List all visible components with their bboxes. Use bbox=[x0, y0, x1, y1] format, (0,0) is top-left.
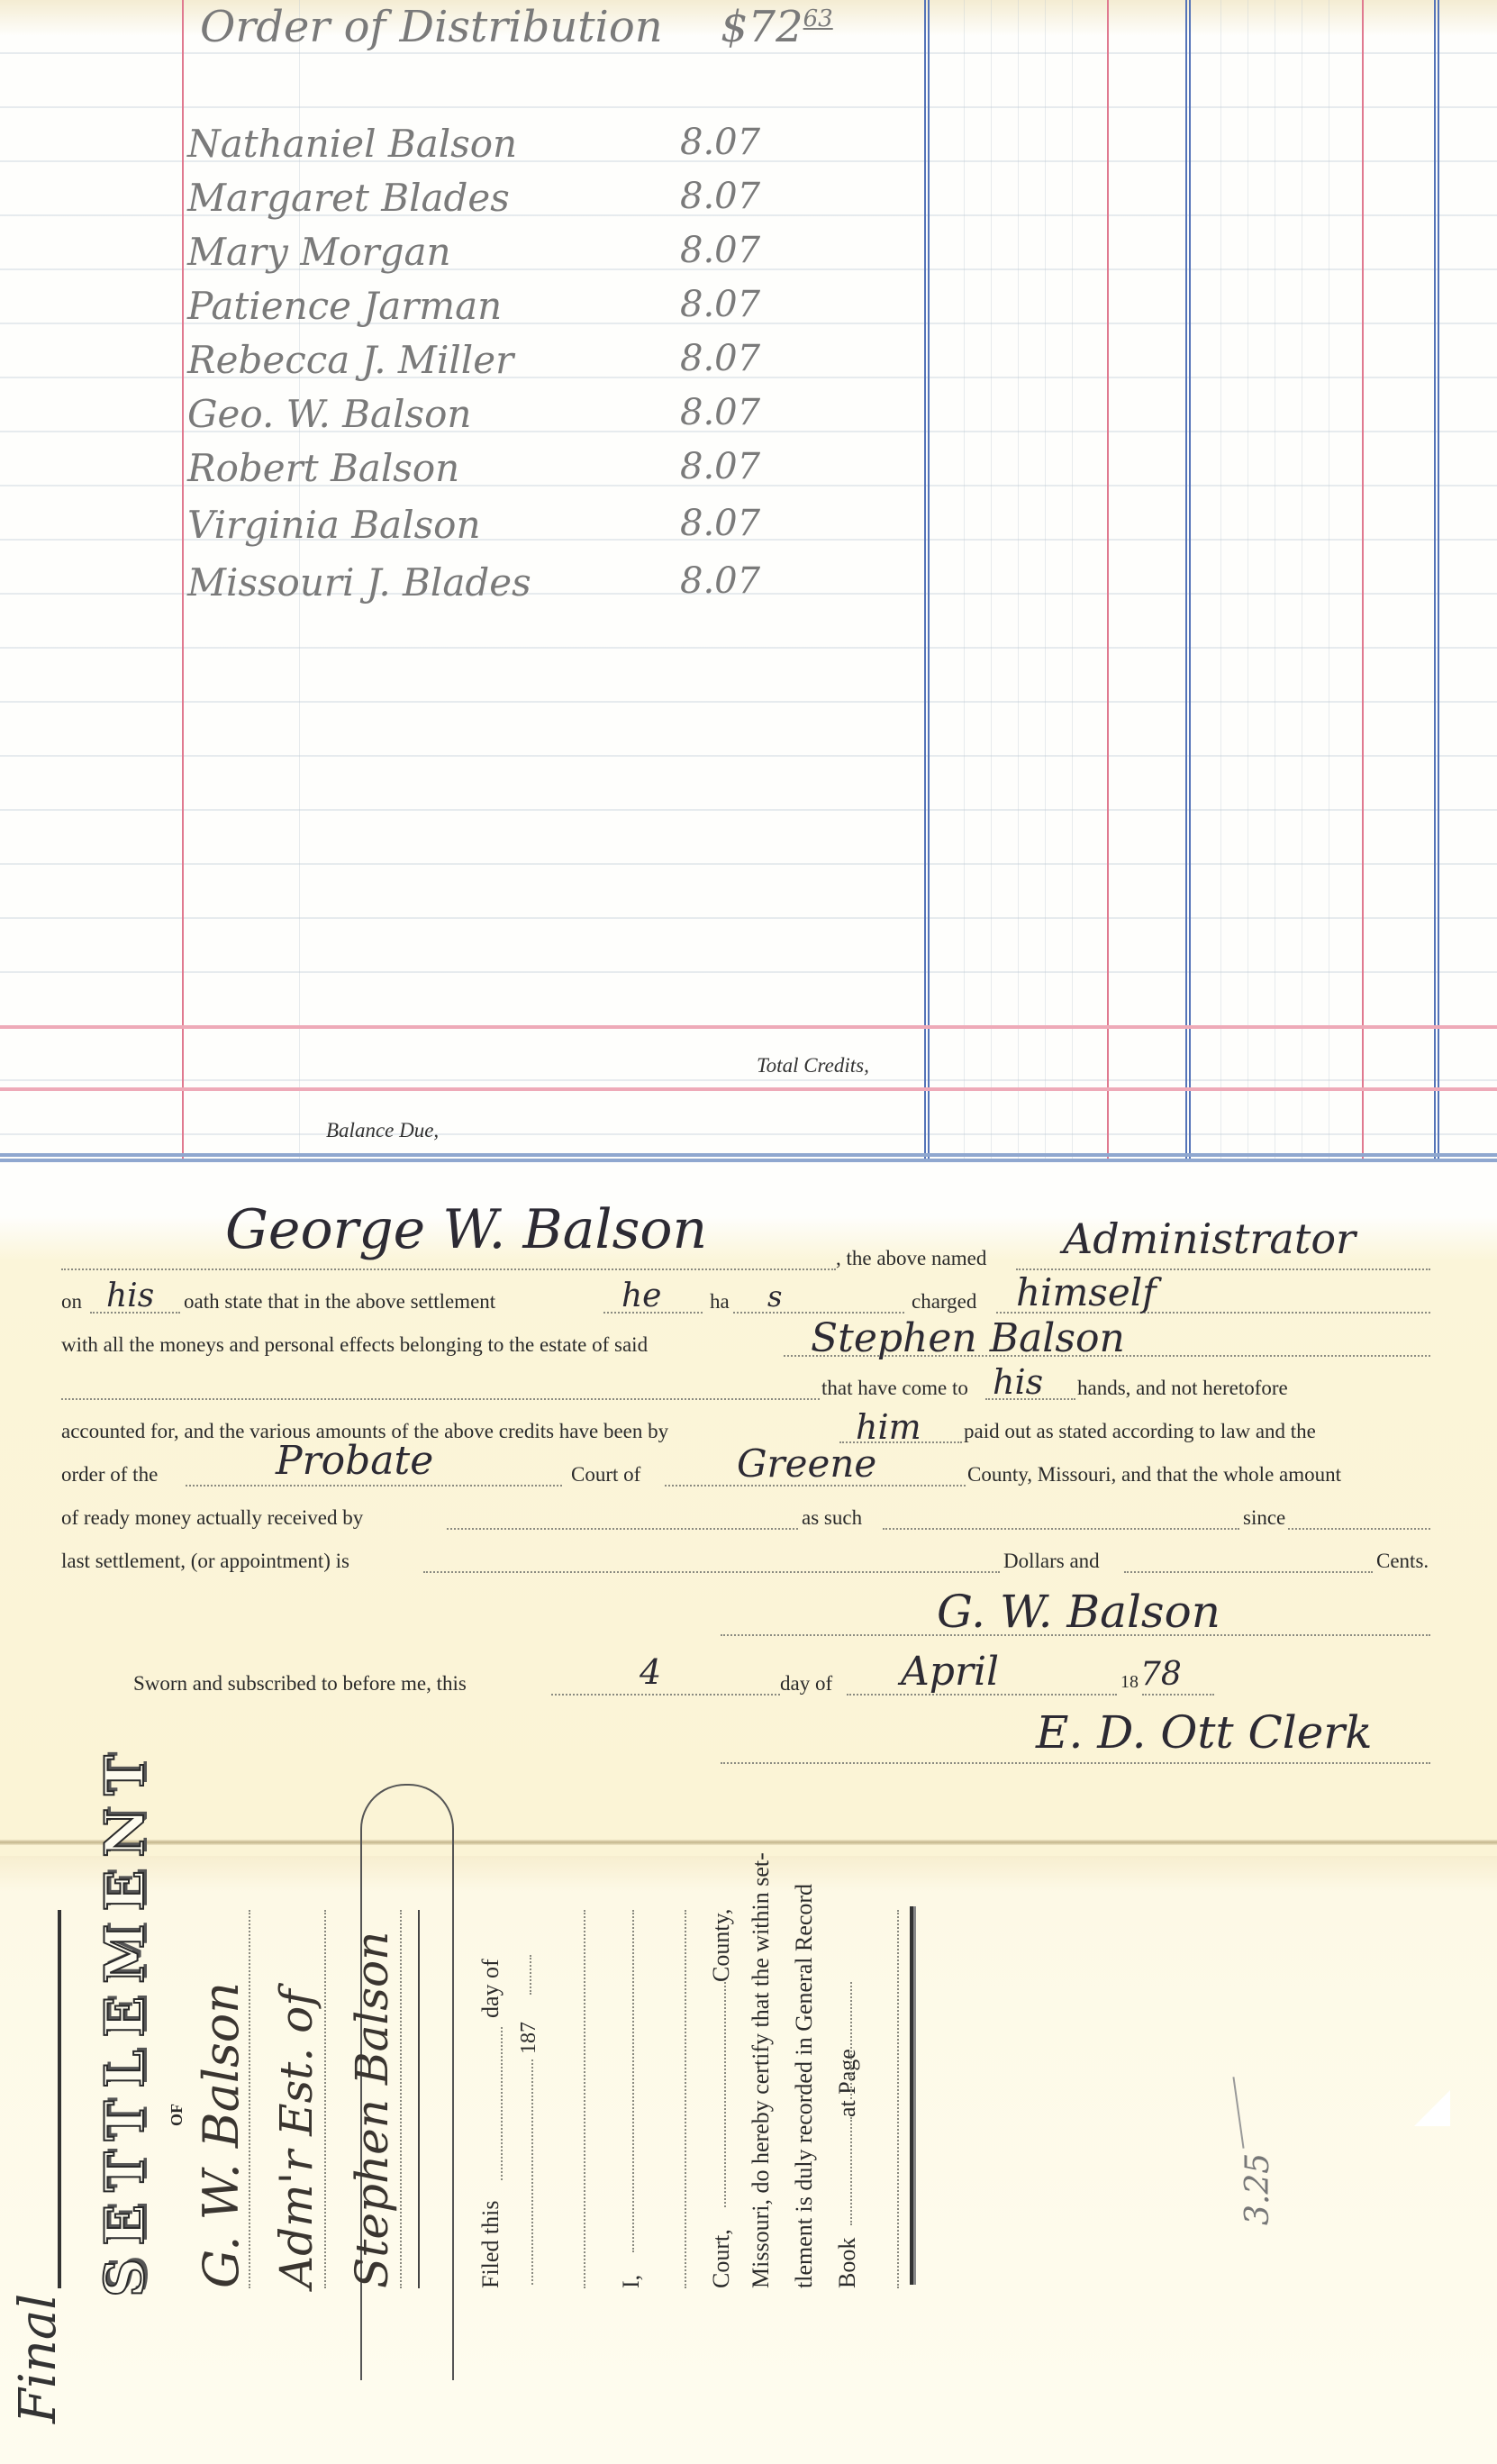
pronoun-his: his bbox=[106, 1277, 154, 1314]
at-page-label: at Page bbox=[834, 2049, 861, 2117]
text-hands: hands, and not heretofore bbox=[1077, 1377, 1288, 1400]
day-of-label: day of bbox=[477, 1959, 504, 2018]
entry-name: Robert Balson bbox=[187, 446, 459, 490]
received-by-blank bbox=[447, 1528, 798, 1530]
sworn-year: 78 bbox=[1140, 1656, 1182, 1693]
year-blank bbox=[1142, 1694, 1214, 1696]
text-court-of: Court of bbox=[571, 1463, 640, 1487]
dollars-column-rule-2 bbox=[1185, 0, 1191, 1162]
dollars-column-rule bbox=[924, 0, 930, 1162]
distribution-ledger: Order of Distribution $7263 Nathaniel Ba… bbox=[0, 0, 1497, 1162]
text-since: since bbox=[1243, 1506, 1285, 1530]
filed-signature-line bbox=[584, 1910, 585, 2288]
text-ready-money: of ready money actually received by bbox=[61, 1506, 363, 1530]
text-sworn: Sworn and subscribed to before me, this bbox=[133, 1672, 467, 1696]
text-dollars-and: Dollars and bbox=[1003, 1550, 1100, 1573]
court-type-blank bbox=[186, 1485, 562, 1487]
filed-year-blank bbox=[530, 1955, 531, 1995]
text-on: on bbox=[61, 1290, 82, 1314]
faint-rule bbox=[1220, 0, 1221, 1162]
pronoun-his-2: his bbox=[993, 1362, 1043, 1402]
total-dollars: $72 bbox=[721, 2, 803, 52]
faint-rule bbox=[1072, 0, 1073, 1162]
entry-name: Virginia Balson bbox=[187, 503, 481, 547]
pronoun-he: he bbox=[621, 1277, 662, 1314]
faint-rule bbox=[1329, 0, 1329, 1162]
filed-day-blank bbox=[501, 2027, 503, 2180]
text-cents: Cents. bbox=[1376, 1550, 1429, 1573]
fee-note: 3.25 bbox=[1239, 2153, 1276, 2225]
faint-rule bbox=[991, 0, 992, 1162]
since-blank bbox=[1288, 1528, 1430, 1530]
as-such-blank bbox=[883, 1528, 1239, 1530]
administrator-signature: G. W. Balson bbox=[937, 1586, 1220, 1638]
text-charged: charged bbox=[912, 1290, 976, 1314]
margin-rule bbox=[182, 0, 184, 1162]
text-paid-out: paid out as stated according to law and … bbox=[964, 1420, 1316, 1443]
title-rule bbox=[58, 1910, 61, 2288]
text-order-of-the: order of the bbox=[61, 1463, 158, 1487]
entry-name: Margaret Blades bbox=[187, 176, 510, 220]
entry-name: Mary Morgan bbox=[187, 230, 451, 274]
total-cents: 63 bbox=[803, 5, 833, 32]
text-ha: ha bbox=[710, 1290, 730, 1314]
balance-due-label: Balance Due, bbox=[326, 1119, 439, 1142]
text-the-above-named: , the above named bbox=[836, 1247, 986, 1270]
entry-amount: 8.07 bbox=[680, 338, 760, 379]
clerk-signature-line bbox=[721, 1762, 1430, 1764]
torn-corner bbox=[1414, 2072, 1450, 2126]
entry-name: Patience Jarman bbox=[187, 284, 502, 328]
distribution-total: $7263 bbox=[721, 2, 833, 52]
faint-rule bbox=[1018, 0, 1019, 1162]
of-label: OF bbox=[168, 2104, 186, 2126]
clerk-title-blank bbox=[685, 1910, 686, 2288]
day-blank bbox=[551, 1694, 780, 1696]
text-that-have-come: that have come to bbox=[821, 1377, 968, 1400]
certify-line-2: tlement is duly recorded in General Reco… bbox=[791, 1884, 818, 2288]
entry-name: Missouri J. Blades bbox=[187, 560, 531, 605]
county-name: Greene bbox=[737, 1441, 876, 1486]
faint-rule bbox=[1247, 0, 1248, 1162]
filed-month-blank bbox=[531, 2059, 533, 2285]
role: Administrator bbox=[1063, 1214, 1356, 1263]
recorder-signature-line bbox=[897, 1910, 899, 2288]
text-with-all: with all the moneys and personal effects… bbox=[61, 1333, 648, 1357]
estate-name-line bbox=[400, 1910, 402, 2288]
clerk-signature: E. D. Ott Clerk bbox=[1036, 1706, 1373, 1759]
settlement-title: SETTLEMENT bbox=[94, 1742, 157, 2297]
filing-endorsement: Final SETTLEMENT OF G. W. Balson Adm'r E… bbox=[0, 1856, 1497, 2464]
entry-amount: 8.07 bbox=[680, 446, 760, 487]
cents-column-rule-2 bbox=[1362, 0, 1364, 1162]
court-type: Probate bbox=[276, 1438, 433, 1484]
divider-rule bbox=[418, 1910, 420, 2288]
text-as-such: as such bbox=[802, 1506, 862, 1530]
court-county-blank bbox=[724, 1982, 726, 2207]
page-blank bbox=[850, 1982, 852, 2099]
clerk-name-blank bbox=[632, 1910, 634, 2252]
text-oath-state: oath state that in the above settlement bbox=[184, 1290, 495, 1314]
section-divider bbox=[0, 1153, 1497, 1162]
cents-column-rule bbox=[1107, 0, 1109, 1162]
court-label: Court, bbox=[708, 2229, 735, 2288]
entry-amount: 8.07 bbox=[680, 122, 760, 163]
entry-name: Geo. W. Balson bbox=[187, 392, 471, 436]
book-label: Book bbox=[834, 2238, 861, 2288]
entry-amount: 8.07 bbox=[680, 560, 760, 602]
suffix-s: s bbox=[767, 1279, 782, 1314]
total-rule bbox=[0, 1025, 1497, 1029]
entry-amount: 8.07 bbox=[680, 176, 760, 217]
administrator-affidavit: George W. Balson , the above named Admin… bbox=[0, 1162, 1497, 1856]
faint-rule bbox=[964, 0, 965, 1162]
himself: himself bbox=[1016, 1270, 1157, 1314]
entry-name: Nathaniel Balson bbox=[187, 122, 517, 166]
entry-name: Rebecca J. Miller bbox=[187, 338, 513, 382]
fold-crease bbox=[0, 1840, 1497, 1845]
text-year-prefix: 18 bbox=[1120, 1672, 1139, 1693]
entry-amount: 8.07 bbox=[680, 230, 760, 271]
cover-admin-role: Adm'r Est. of bbox=[270, 1989, 322, 2288]
sworn-day: 4 bbox=[640, 1652, 661, 1692]
i-label: I, bbox=[618, 2275, 645, 2288]
certify-line-1: Missouri, do hereby certify that the wit… bbox=[748, 1852, 775, 2288]
dollars-blank bbox=[423, 1571, 1000, 1573]
estate-name: Stephen Balson bbox=[811, 1315, 1125, 1361]
final-annotation: Final bbox=[9, 2294, 68, 2423]
right-column-rule bbox=[1434, 0, 1439, 1162]
book-blank bbox=[850, 2117, 852, 2225]
faint-rule bbox=[1275, 0, 1275, 1162]
faint-rule bbox=[1045, 0, 1046, 1162]
filed-this-label: Filed this bbox=[477, 2200, 504, 2288]
name-blank bbox=[61, 1268, 836, 1270]
entry-amount: 8.07 bbox=[680, 284, 760, 325]
county-label: County, bbox=[708, 1909, 735, 1982]
entry-amount: 8.07 bbox=[680, 392, 760, 433]
cents-blank bbox=[1124, 1571, 1373, 1573]
cover-admin-name: G. W. Balson bbox=[193, 1982, 249, 2288]
admin-role-line bbox=[324, 1910, 326, 2288]
s-blank bbox=[733, 1312, 904, 1314]
fee-stroke bbox=[1232, 2077, 1244, 2149]
filed-year-prefix: 187 bbox=[517, 2022, 541, 2054]
administrator-name: George W. Balson bbox=[225, 1198, 707, 1261]
text-county-missouri: County, Missouri, and that the whole amo… bbox=[967, 1463, 1341, 1487]
cover-estate-name: Stephen Balson bbox=[346, 1932, 398, 2288]
balance-rule bbox=[0, 1087, 1497, 1091]
total-credits-label: Total Credits, bbox=[757, 1054, 869, 1077]
blank-line bbox=[61, 1398, 820, 1400]
entry-amount: 8.07 bbox=[680, 503, 760, 544]
closing-rule bbox=[910, 1906, 916, 2285]
text-last-settlement: last settlement, (or appointment) is bbox=[61, 1550, 349, 1573]
sworn-month: April bbox=[901, 1649, 999, 1695]
faint-rule bbox=[1302, 0, 1302, 1162]
text-day-of: day of bbox=[780, 1672, 832, 1696]
distribution-heading: Order of Distribution bbox=[200, 2, 663, 52]
